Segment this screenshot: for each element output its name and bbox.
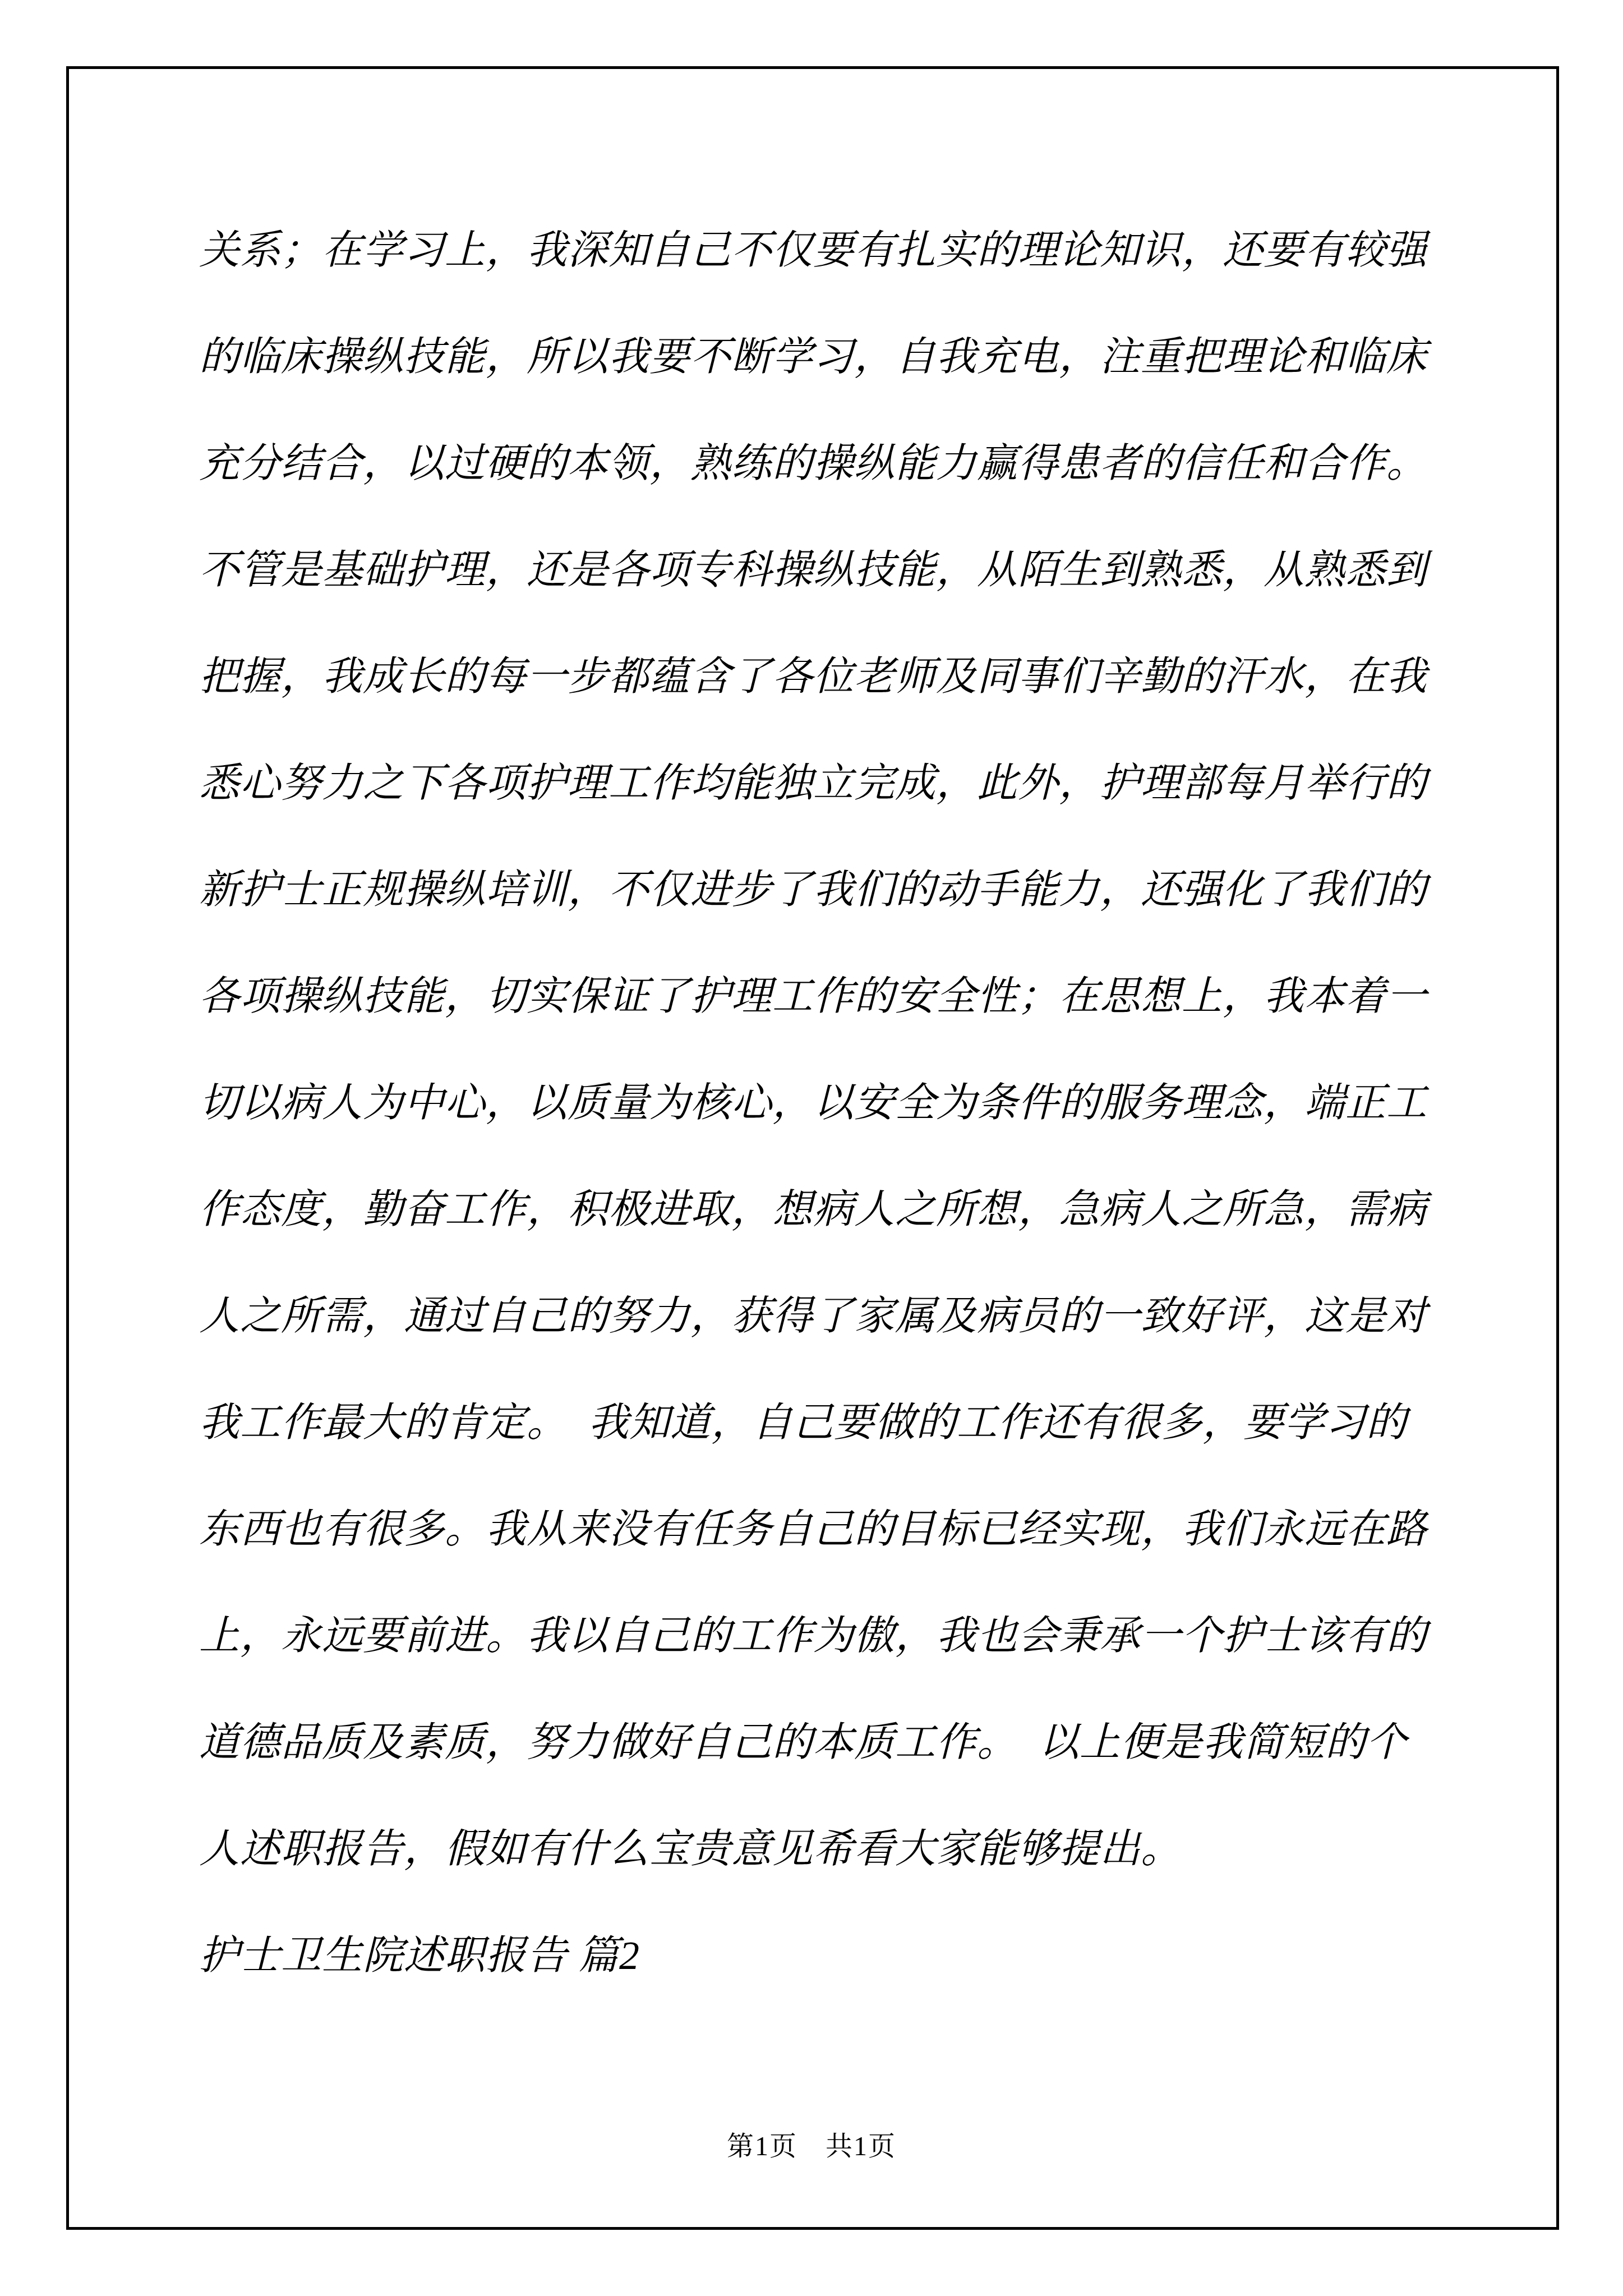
document-text-line: 悉心努力之下各项护理工作均能独立完成，此外，护理部每月举行的 xyxy=(199,763,1433,869)
document-text-line: 把握，我成长的每一步都蕴含了各位老师及同事们辛勤的汗水，在我 xyxy=(199,656,1433,763)
page-footer: 第1页 共1页 xyxy=(0,2132,1623,2161)
section-heading: 护士卫生院述职报告 篇2 xyxy=(199,1935,1433,2042)
document-text-line: 充分结合，以过硬的本领，熟练的操纵能力赢得患者的信任和合作。 xyxy=(199,443,1433,550)
document-text-line: 新护士正规操纵培训，不仅进步了我们的动手能力，还强化了我们的 xyxy=(199,869,1433,976)
document-text-line: 道德品质及素质，努力做好自己的本质工作。 以上便是我简短的个 xyxy=(199,1722,1433,1829)
document-text-line: 不管是基础护理，还是各项专科操纵技能，从陌生到熟悉，从熟悉到 xyxy=(199,550,1433,656)
document-text-line: 人之所需，通过自己的努力，获得了家属及病员的一致好评，这是对 xyxy=(199,1296,1433,1402)
document-text-line: 东西也有很多。我从来没有任务自己的目标已经实现，我们永远在路 xyxy=(199,1509,1433,1616)
document-text-line: 人述职报告，假如有什么宝贵意见希看大家能够提出。 xyxy=(199,1829,1433,1935)
document-text-line: 各项操纵技能，切实保证了护理工作的安全性；在思想上，我本着一 xyxy=(199,976,1433,1083)
document-text-line: 关系；在学习上，我深知自己不仅要有扎实的理论知识，还要有较强 xyxy=(199,230,1433,337)
document-page: 关系；在学习上，我深知自己不仅要有扎实的理论知识，还要有较强 的临床操纵技能，所… xyxy=(0,0,1623,2296)
document-text-line: 作态度，勤奋工作，积极进取，想病人之所想，急病人之所急，需病 xyxy=(199,1189,1433,1296)
document-text-line: 切以病人为中心，以质量为核心，以安全为条件的服务理念，端正工 xyxy=(199,1083,1433,1189)
document-text-line: 的临床操纵技能，所以我要不断学习，自我充电，注重把理论和临床 xyxy=(199,337,1433,443)
document-text-line: 我工作最大的肯定。 我知道，自己要做的工作还有很多，要学习的 xyxy=(199,1402,1433,1509)
document-text-block: 关系；在学习上，我深知自己不仅要有扎实的理论知识，还要有较强 的临床操纵技能，所… xyxy=(199,230,1433,2042)
document-text-line: 上，永远要前进。我以自己的工作为傲，我也会秉承一个护士该有的 xyxy=(199,1616,1433,1722)
